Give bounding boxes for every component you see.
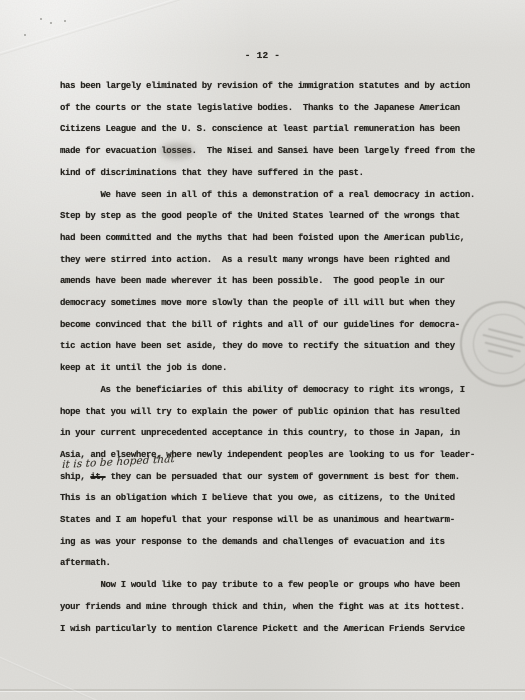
paper-crease-bottom [0,689,525,691]
text-line: As the beneficiaries of this ability of … [60,380,490,402]
typed-text: ship, [60,472,90,482]
text-line: Now I would like to pay tribute to a few… [60,575,490,597]
text-line: democracy sometimes move more slowly tha… [60,293,490,315]
text-line: ship, it,it is to be hoped that they can… [60,467,490,489]
text-line: become convinced that the bill of rights… [60,315,490,337]
scanned-page: - 12 - has been largely eliminated by re… [0,0,525,700]
text-line: Step by step as the good people of the U… [60,206,490,228]
text-line: keep at it until the job is done. [60,358,490,380]
text-line: States and I am hopeful that your respon… [60,510,490,532]
text-line: made for evacuation losses. The Nisei an… [60,141,490,163]
text-line: they were stirred into action. As a resu… [60,250,490,272]
text-line: your friends and mine through thick and … [60,597,490,619]
typed-text: they can be persuaded that our system of… [106,472,460,482]
text-line: kind of discriminations that they have s… [60,163,490,185]
text-line: amends have been made wherever it has be… [60,271,490,293]
text-line: has been largely eliminated by revision … [60,76,490,98]
page-number: - 12 - [0,50,525,62]
text-line: in your current unprecedented acceptance… [60,423,490,445]
text-line: had been committed and the myths that ha… [60,228,490,250]
text-line: aftermath. [60,553,490,575]
text-line: of the courts or the state legislative b… [60,98,490,120]
text-line: Citizens League and the U. S. conscience… [60,119,490,141]
document-body: has been largely eliminated by revision … [60,76,490,640]
dust-speck [50,22,52,24]
text-line: I wish particularly to mention Clarence … [60,619,490,641]
ink-smudge [160,143,194,159]
text-line: We have seen in all of this a demonstrat… [60,185,490,207]
text-line: tic action have been set aside, they do … [60,336,490,358]
dust-speck [64,20,66,22]
text-line: ing as was your response to the demands … [60,532,490,554]
text-line: hope that you will try to explain the po… [60,402,490,424]
text-line: This is an obligation which I believe th… [60,488,490,510]
dust-speck [40,18,42,20]
paper-crease-bottom-left [0,650,103,700]
insertion-anchor: it,it is to be hoped that [90,472,105,482]
struck-word: it, [90,472,105,482]
dust-speck [24,34,26,36]
